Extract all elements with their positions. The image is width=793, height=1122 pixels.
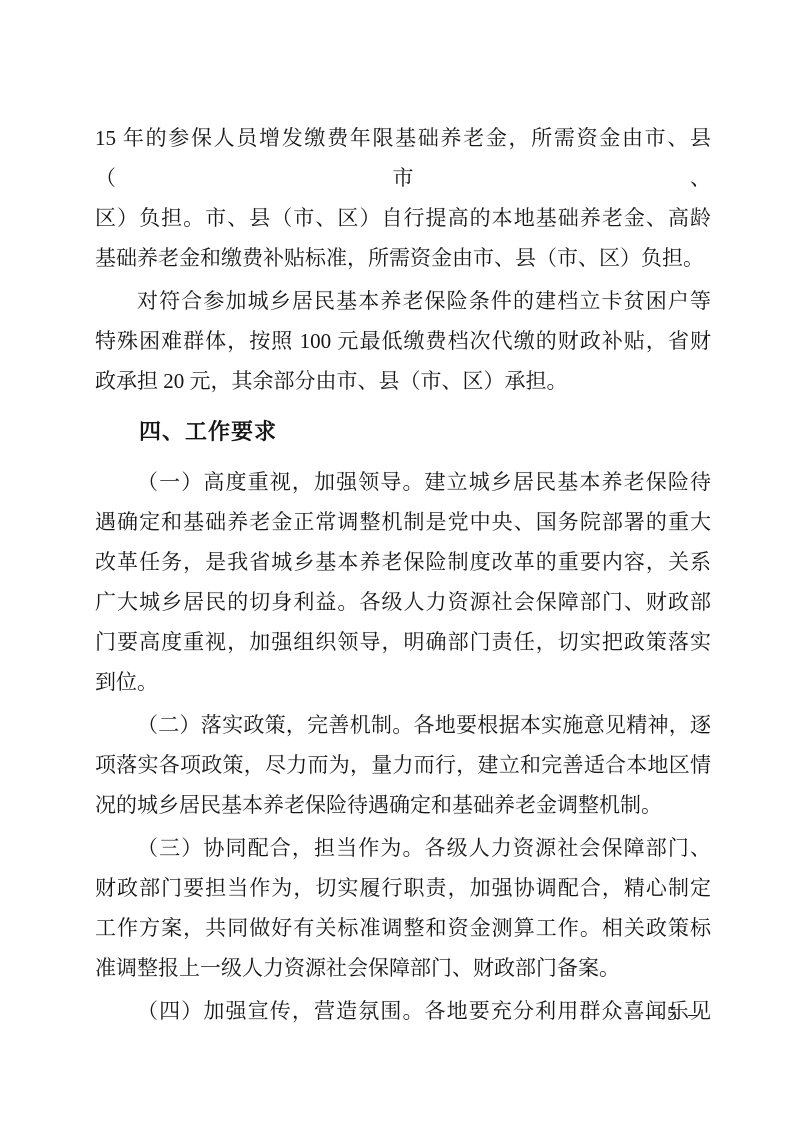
document-line: 基础养老金和缴费补贴标准，所需资金由市、县（市、区）负担。 [95, 238, 711, 278]
paragraph-item-4: （四）加强宣传，营造氛围。各地要充分利用群众喜闻乐见 [95, 991, 711, 1031]
paragraph-item-1: （一）高度重视，加强领导。建立城乡居民基本养老保险待 遇确定和基础养老金正常调整… [95, 462, 711, 702]
document-line: （一）高度重视，加强领导。建立城乡居民基本养老保险待 [95, 462, 711, 502]
document-line: 区）负担。市、县（市、区）自行提高的本地基础养老金、高龄 [95, 198, 711, 238]
document-line: 工作方案，共同做好有关标准调整和资金测算工作。相关政策标 [95, 908, 711, 948]
document-line: 准调整报上一级人力资源社会保障部门、财政部门备案。 [95, 948, 711, 988]
document-line: 政承担 20 元，其余部分由市、县（市、区）承担。 [95, 361, 711, 401]
section-heading-text: 四、工作要求 [95, 412, 711, 452]
section-heading-work-requirements: 四、工作要求 [95, 412, 711, 452]
document-line: 15 年的参保人员增发缴费年限基础养老金，所需资金由市、县（市、 [95, 118, 711, 198]
document-line: 到位。 [95, 662, 711, 702]
document-line: 特殊困难群体，按照 100 元最低缴费档次代缴的财政补贴，省财 [95, 321, 711, 361]
document-page: 15 年的参保人员增发缴费年限基础养老金，所需资金由市、县（市、 区）负担。市、… [0, 0, 793, 1122]
paragraph-item-2: （二）落实政策，完善机制。各地要根据本实施意见精神，逐 项落实各项政策，尽力而为… [95, 705, 711, 825]
document-body: 15 年的参保人员增发缴费年限基础养老金，所需资金由市、县（市、 区）负担。市、… [95, 118, 711, 1031]
document-line: 改革任务，是我省城乡基本养老保险制度改革的重要内容，关系 [95, 542, 711, 582]
document-line: 项落实各项政策，尽力而为，量力而行，建立和完善适合本地区情 [95, 745, 711, 785]
document-line: 财政部门要担当作为，切实履行职责，加强协调配合，精心制定 [95, 868, 711, 908]
document-line: （四）加强宣传，营造氛围。各地要充分利用群众喜闻乐见 [95, 991, 711, 1031]
document-line: 遇确定和基础养老金正常调整机制是党中央、国务院部署的重大 [95, 502, 711, 542]
document-line: （二）落实政策，完善机制。各地要根据本实施意见精神，逐 [95, 705, 711, 745]
document-line: 广大城乡居民的切身利益。各级人力资源社会保障部门、财政部 [95, 582, 711, 622]
paragraph-subsidy: 对符合参加城乡居民基本养老保险条件的建档立卡贫困户等 特殊困难群体，按照 100… [95, 281, 711, 401]
document-line: 况的城乡居民基本养老保险待遇确定和基础养老金调整机制。 [95, 785, 711, 825]
page-number: – 5 – [646, 1003, 701, 1026]
document-line: 门要高度重视，加强组织领导，明确部门责任，切实把政策落实 [95, 622, 711, 662]
document-line: （三）协同配合，担当作为。各级人力资源社会保障部门、 [95, 828, 711, 868]
paragraph-continuation: 15 年的参保人员增发缴费年限基础养老金，所需资金由市、县（市、 区）负担。市、… [95, 118, 711, 278]
document-line: 对符合参加城乡居民基本养老保险条件的建档立卡贫困户等 [95, 281, 711, 321]
paragraph-item-3: （三）协同配合，担当作为。各级人力资源社会保障部门、 财政部门要担当作为，切实履… [95, 828, 711, 988]
